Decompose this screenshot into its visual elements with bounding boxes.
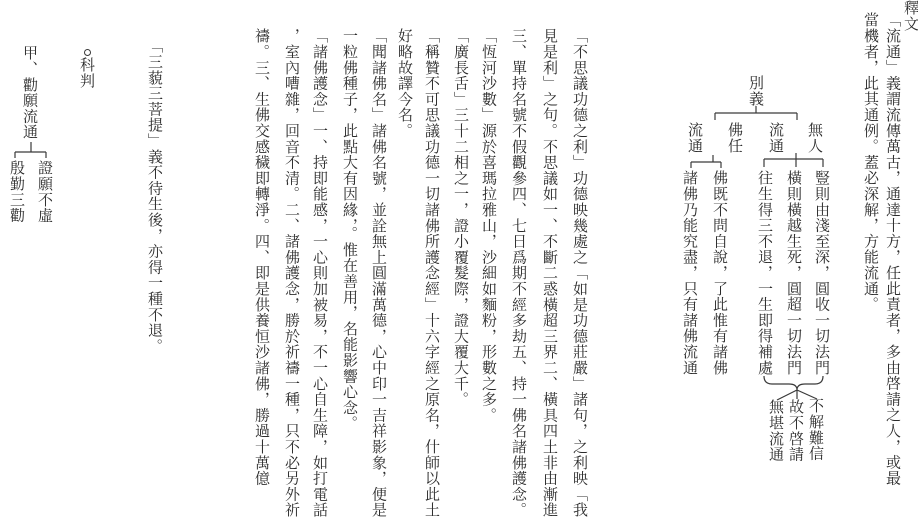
brace [764,376,823,390]
note-column: 「諸佛護念」一、持即能感，一心則加被易，不一心自生障，如打電話 [312,28,327,518]
note-column: 禱。三、生佛交感穢即轉淨。四、即是供養恒沙諸佛，勝過十萬億 [254,28,269,486]
note-column: 「不思議功德之利」功德映幾處之「如是功德莊嚴」諸句，之利映「我 [572,28,587,518]
branch-buddha-label: 流通 [687,122,702,154]
note-column: 三、單持名號不假觀參四、七日爲期不經多劫五、持一佛名諸佛護念。 [511,28,526,518]
outline-child: 證願不虛 [37,160,52,223]
note-column: 「廣長舌」三十二相之一，證小覆髮際，證大覆大千。 [453,28,468,407]
branch-no-one-child: 豎則由淺至深，圓收一切法門 [814,170,829,375]
consequence-item: 無堪流通 [768,399,783,462]
explanation-heading: 釋文 [903,0,918,32]
note-column: 「恆河沙數」源於喜瑪拉雅山，沙細如麵粉，形數之多。 [481,28,496,423]
consequence-item: 不解難信 [808,398,823,461]
note-column: 見是利」之句。不思議如一、不斷二惑橫超三界二、橫具四土非由漸進 [542,28,557,518]
outline-node: 甲、勸願流通 [22,45,37,140]
note-column: 「聞諸佛名」諸佛名號，並詮無上圓滿萬德，心中印一吉祥影象，便是 [371,28,386,518]
sanmiao-note: 「三藐三菩提」義不待生後，亦得一種不退。 [147,38,162,354]
consequence-item: 故不啓請 [788,399,803,462]
note-column: 一粒佛種子，此點大有因緣，。惟在善用，名能影響心念。 [342,28,357,431]
explanation-line: 「流通」義謂流傳萬古，通達十方，任此責者，多由啓請之人，或最 [885,12,900,486]
circle-mark-icon [84,49,91,56]
note-column: 「稱贊不可思議功德一切諸佛所護念經」十六字經之原名，什師以此土 [424,28,439,518]
branch-buddha-child: 佛既不問自說，了此惟有諸佛 [712,170,727,375]
branch-no-one-label: 流通 [768,122,783,154]
outline-heading: 科判 [79,57,94,89]
branch-no-one-child: 橫則橫越生死，圓超一切法門 [786,170,801,375]
note-column: 好略故譯今名。 [397,28,412,139]
branch-no-one-child: 往生得三不退，一生即得補處 [757,170,772,375]
branch-buddha-child: 諸佛乃能究盡，只有諸佛流通 [682,170,697,375]
branch-no-one-label: 無人 [807,122,822,154]
note-column: ，室內嘈雜，回音不清。二、諸佛護念，勝於祈禱一種，只不必另外祈 [284,28,299,518]
branch-buddha-label: 佛任 [727,122,742,154]
explanation-line: 當機者，此其通例。蓋必深解，方能流通。 [863,12,878,312]
diagram-root: 別義 [748,75,763,107]
outline-child: 殷勤三勸 [9,160,24,223]
